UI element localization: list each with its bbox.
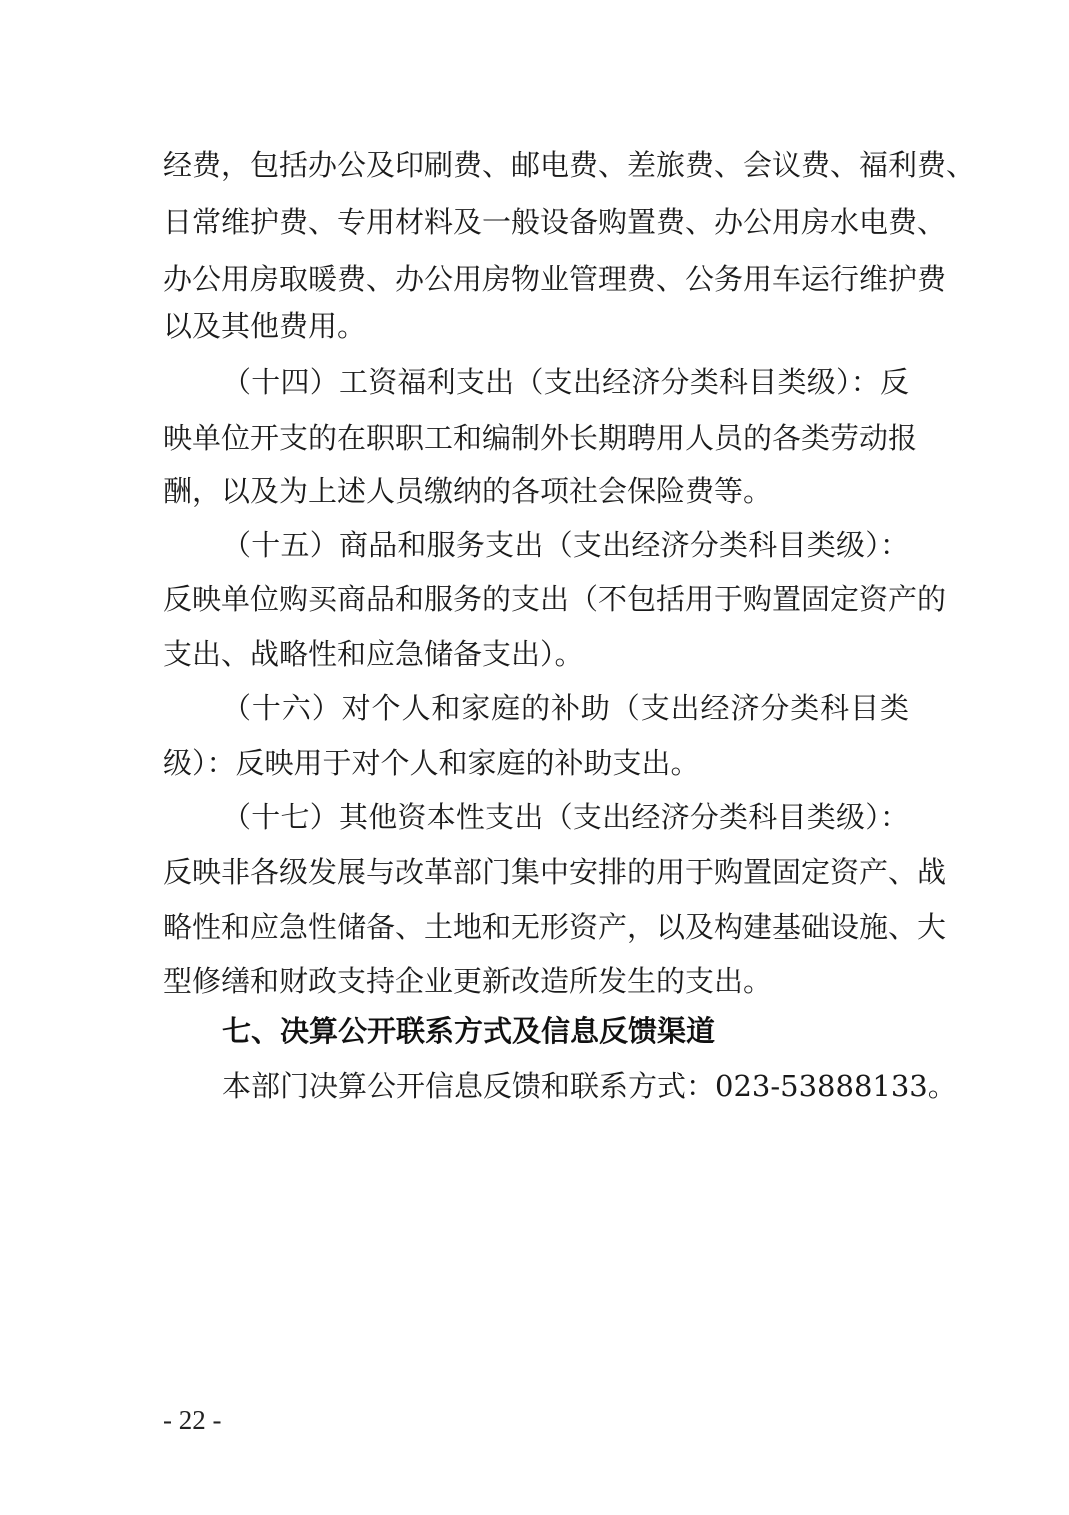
paragraph-line: 反映单位购买商品和服务的支出（不包括用于购置固定资产的 <box>163 579 909 619</box>
paragraph-line: 经费，包括办公及印刷费、邮电费、差旅费、会议费、福利费、 <box>163 145 909 185</box>
paragraph-line: 办公用房取暖费、办公用房物业管理费、公务用车运行维护费 <box>163 259 909 299</box>
paragraph-line: 以及其他费用。 <box>163 306 909 346</box>
document-page: 经费，包括办公及印刷费、邮电费、差旅费、会议费、福利费、 日常维护费、专用材料及… <box>0 0 1069 1515</box>
paragraph-line: （十七）其他资本性支出（支出经济分类科目类级）： <box>222 797 909 837</box>
section-heading: 七、决算公开联系方式及信息反馈渠道 <box>222 1011 715 1051</box>
paragraph-line: （十六）对个人和家庭的补助（支出经济分类科目类 <box>222 688 909 728</box>
paragraph-line: 型修缮和财政支持企业更新改造所发生的支出。 <box>163 961 909 1001</box>
paragraph-line: 支出、战略性和应急储备支出）。 <box>163 634 909 674</box>
page-number: - 22 - <box>163 1405 221 1436</box>
paragraph-line: （十五）商品和服务支出（支出经济分类科目类级）： <box>222 525 909 565</box>
paragraph-line: 映单位开支的在职职工和编制外长期聘用人员的各类劳动报 <box>163 418 909 458</box>
paragraph-line: 级）：反映用于对个人和家庭的补助支出。 <box>163 743 909 783</box>
contact-line: 本部门决算公开信息反馈和联系方式：023-53888133。 <box>222 1066 909 1106</box>
paragraph-line: 略性和应急性储备、土地和无形资产，以及构建基础设施、大 <box>163 907 909 947</box>
paragraph-line: 日常维护费、专用材料及一般设备购置费、办公用房水电费、 <box>163 202 909 242</box>
paragraph-line: 酬，以及为上述人员缴纳的各项社会保险费等。 <box>163 471 909 511</box>
paragraph-line: （十四）工资福利支出（支出经济分类科目类级）：反 <box>222 362 909 402</box>
paragraph-line: 反映非各级发展与改革部门集中安排的用于购置固定资产、战 <box>163 852 909 892</box>
